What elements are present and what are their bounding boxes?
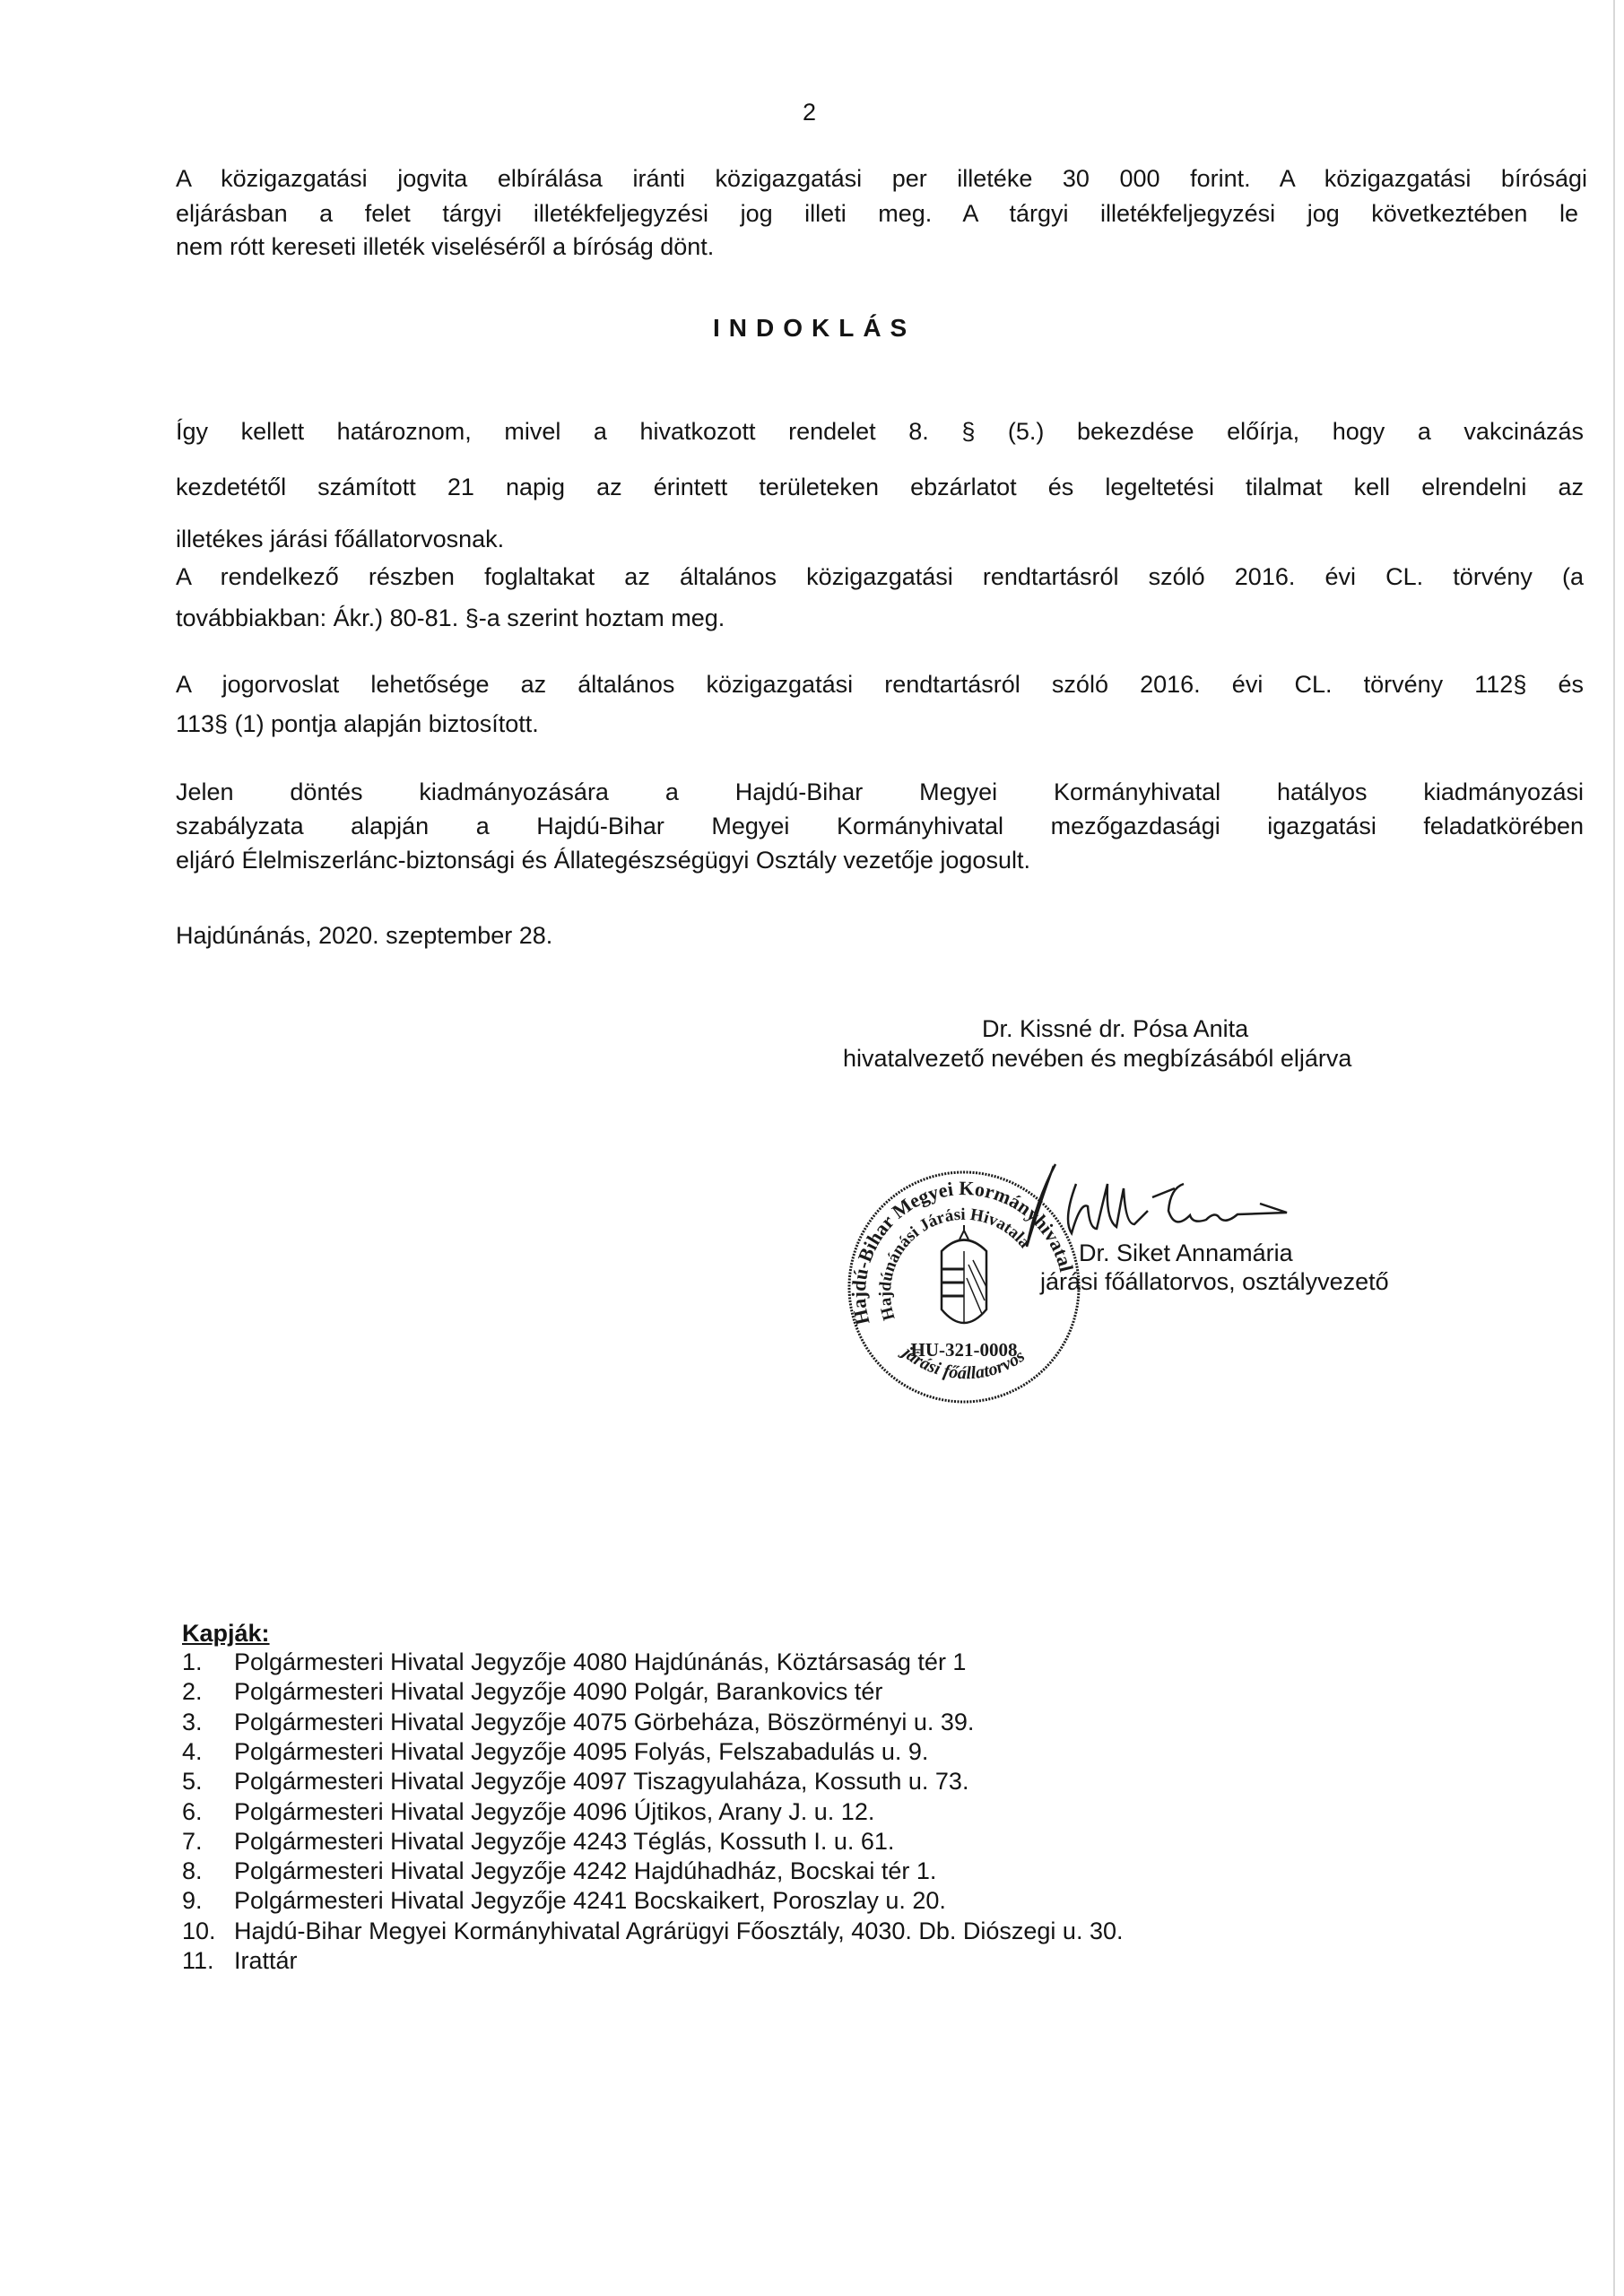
recipient-text: Polgármesteri Hivatal Jegyzője 4243 Tégl…	[234, 1828, 894, 1855]
reasoning-line: 113§ (1) pontja alapján biztosított.	[176, 712, 539, 736]
recipient-number: 7.	[182, 1828, 234, 1856]
reasoning-line: A jogorvoslat lehetősége az általános kö…	[176, 673, 1584, 697]
recipient-number: 9.	[182, 1887, 234, 1915]
recipient-item: 5.Polgármesteri Hivatal Jegyzője 4097 Ti…	[182, 1768, 968, 1796]
recipient-text: Polgármesteri Hivatal Jegyzője 4090 Polg…	[234, 1678, 882, 1705]
recipient-text: Polgármesteri Hivatal Jegyzője 4080 Hajd…	[234, 1648, 966, 1675]
reasoning-line: eljáró Élelmiszerlánc-biztonsági és Álla…	[176, 848, 1030, 873]
recipient-text: Polgármesteri Hivatal Jegyzője 4096 Újti…	[234, 1798, 874, 1825]
scan-border	[1613, 0, 1615, 2296]
recipient-number: 5.	[182, 1768, 234, 1796]
recipient-text: Polgármesteri Hivatal Jegyzője 4241 Bocs…	[234, 1887, 946, 1914]
recipient-item: 1.Polgármesteri Hivatal Jegyzője 4080 Ha…	[182, 1648, 966, 1676]
reasoning-line: továbbiakban: Ákr.) 80-81. §-a szerint h…	[176, 606, 725, 631]
reasoning-line: Így kellett határoznom, mivel a hivatkoz…	[176, 420, 1584, 444]
recipient-number: 3.	[182, 1709, 234, 1736]
fee-paragraph-line: nem rótt kereseti illeték viseléséről a …	[176, 235, 714, 259]
recipient-number: 8.	[182, 1857, 234, 1885]
page-number: 2	[803, 99, 816, 126]
recipient-item: 9.Polgármesteri Hivatal Jegyzője 4241 Bo…	[182, 1887, 946, 1915]
reasoning-line: A rendelkező részben foglaltakat az álta…	[176, 565, 1584, 589]
recipient-number: 10.	[182, 1918, 234, 1945]
section-heading: INDOKLÁS	[713, 314, 916, 343]
fee-paragraph-line: A közigazgatási jogvita elbírálása iránt…	[176, 167, 1587, 191]
recipient-text: Polgármesteri Hivatal Jegyzője 4075 Görb…	[234, 1709, 974, 1735]
recipient-item: 7.Polgármesteri Hivatal Jegyzője 4243 Té…	[182, 1828, 894, 1856]
recipient-text: Irattár	[234, 1947, 298, 1974]
recipients-title: Kapják:	[182, 1620, 270, 1648]
recipient-item: 8.Polgármesteri Hivatal Jegyzője 4242 Ha…	[182, 1857, 936, 1885]
recipient-text: Hajdú-Bihar Megyei Kormányhivatal Agrárü…	[234, 1918, 1124, 1944]
recipient-item: 11.Irattár	[182, 1947, 298, 1975]
recipient-number: 6.	[182, 1798, 234, 1826]
recipient-number: 4.	[182, 1738, 234, 1766]
reasoning-line: Jelen döntés kiadmányozására a Hajdú-Bih…	[176, 780, 1584, 804]
recipient-item: 2.Polgármesteri Hivatal Jegyzője 4090 Po…	[182, 1678, 882, 1706]
recipient-number: 2.	[182, 1678, 234, 1706]
signer-title: járási főállatorvos, osztályvezető	[1040, 1268, 1389, 1296]
fee-paragraph-line: eljárásban a felet tárgyi illetékfeljegy…	[176, 202, 1578, 226]
reasoning-line: szabályzata alapján a Hajdú-Bihar Megyei…	[176, 814, 1584, 839]
place-date: Hajdúnánás, 2020. szeptember 28.	[176, 924, 552, 948]
document-page: 2 A közigazgatási jogvita elbírálása irá…	[0, 0, 1624, 2296]
reasoning-line: illetékes járási főállatorvosnak.	[176, 527, 504, 552]
recipient-item: 6.Polgármesteri Hivatal Jegyzője 4096 Új…	[182, 1798, 874, 1826]
recipient-item: 4.Polgármesteri Hivatal Jegyzője 4095 Fo…	[182, 1738, 928, 1766]
recipient-item: 10.Hajdú-Bihar Megyei Kormányhivatal Agr…	[182, 1918, 1124, 1945]
recipient-text: Polgármesteri Hivatal Jegyzője 4097 Tisz…	[234, 1768, 968, 1795]
coat-of-arms-icon	[942, 1225, 986, 1323]
recipient-item: 3.Polgármesteri Hivatal Jegyzője 4075 Gö…	[182, 1709, 974, 1736]
reasoning-line: kezdetétől számított 21 napig az érintet…	[176, 475, 1584, 500]
recipient-number: 11.	[182, 1947, 234, 1975]
signer-name: Dr. Siket Annamária	[1079, 1239, 1293, 1267]
signatory-name: Dr. Kissné dr. Pósa Anita	[982, 1015, 1248, 1043]
recipient-text: Polgármesteri Hivatal Jegyzője 4095 Foly…	[234, 1738, 928, 1765]
signatory-role: hivatalvezető nevében és megbízásából el…	[843, 1045, 1351, 1073]
recipient-number: 1.	[182, 1648, 234, 1676]
recipient-text: Polgármesteri Hivatal Jegyzője 4242 Hajd…	[234, 1857, 936, 1884]
